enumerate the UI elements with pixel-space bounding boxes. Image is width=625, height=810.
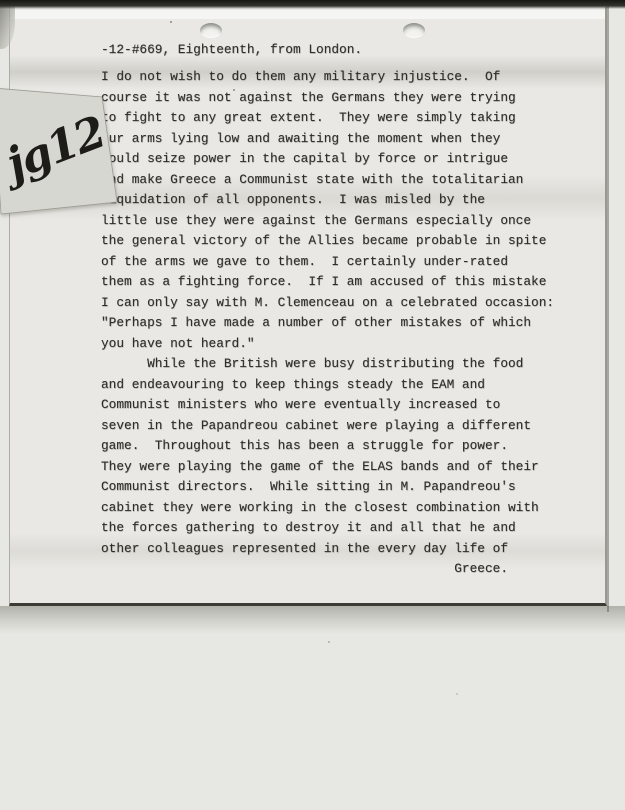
sheet-bottom-shadow	[0, 606, 625, 634]
text-line: the forces gathering to destroy it and a…	[101, 518, 591, 539]
text-line: the general victory of the Allies became…	[101, 231, 591, 252]
text-line: seven in the Papandreou cabinet were pla…	[101, 416, 591, 437]
text-line: would seize power in the capital by forc…	[101, 149, 591, 170]
text-line: While the British were busy distributing…	[101, 354, 591, 375]
text-line: them as a fighting force. If I am accuse…	[101, 272, 591, 293]
punch-hole	[200, 23, 222, 38]
text-line: I can only say with M. Clemenceau on a c…	[101, 293, 591, 314]
text-line: to fight to any great extent. They were …	[101, 108, 591, 129]
page-header: -12-#669, Eighteenth, from London.	[101, 40, 362, 61]
typed-body: I do not wish to do them any military in…	[101, 67, 591, 580]
text-line: game. Throughout this has been a struggl…	[101, 436, 591, 457]
text-line: liquidation of all opponents. I was misl…	[101, 190, 591, 211]
text-line: I do not wish to do them any military in…	[101, 67, 591, 88]
text-line: course it was not against the Germans th…	[101, 88, 591, 109]
text-line: "Perhaps I have made a number of other m…	[101, 313, 591, 334]
page-right-edge	[607, 0, 609, 612]
text-line: Communist ministers who were eventually …	[101, 395, 591, 416]
paper-slip: jg12	[0, 80, 155, 230]
text-line: cabinet they were working in the closest…	[101, 498, 591, 519]
speck	[170, 21, 172, 23]
text-line: you have not heard."	[101, 334, 591, 355]
speck	[328, 641, 330, 643]
punch-hole	[403, 23, 425, 38]
speck	[540, 300, 542, 303]
scanned-document: -12-#669, Eighteenth, from London. I do …	[0, 0, 625, 810]
scan-highlight	[10, 10, 605, 19]
text-line: and make Greece a Communist state with t…	[101, 170, 591, 191]
text-line: of the arms we gave to them. I certainly…	[101, 252, 591, 273]
text-line: Communist directors. While sitting in M.…	[101, 477, 591, 498]
text-line: other colleagues represented in the ever…	[101, 539, 591, 560]
text-line: and endeavouring to keep things steady t…	[101, 375, 591, 396]
scan-edge	[0, 0, 625, 9]
text-line: Greece.	[101, 559, 591, 580]
text-line: little use they were against the Germans…	[101, 211, 591, 232]
speck	[456, 693, 458, 695]
text-line: They were playing the game of the ELAS b…	[101, 457, 591, 478]
backing-sheet	[0, 632, 625, 810]
speck	[233, 89, 235, 91]
text-line: our arms lying low and awaiting the mome…	[101, 129, 591, 150]
